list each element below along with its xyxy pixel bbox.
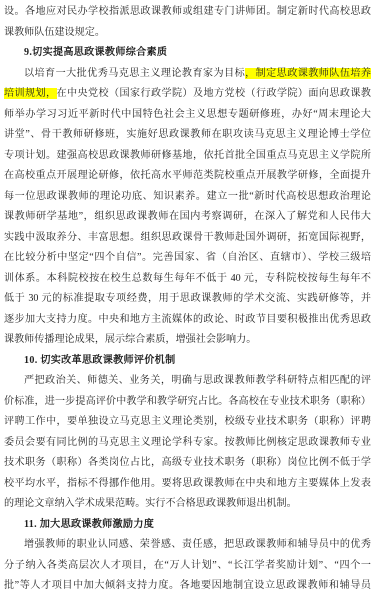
text-run: 讲堂”、骨干教师研修班，实施好思政课教师在职攻读马克思主义理论博士学位 — [4, 129, 371, 140]
text-run: 增强教师的职业认同感、荣誉感、责任感，把思政课教师和辅导员中的优秀 — [24, 539, 371, 550]
text-line: 委员会要有同比例的马克思主义理论学科专家。按教师比例核定思政课教师专业 — [4, 433, 371, 454]
text-run: 评聘工作中，要单独设立马克思主义理论类别，校级专业技术职务（职称）评聘 — [4, 416, 371, 427]
text-run: 在比较分析中坚定“四个自信”。完善国家、省（自治区、直辖市）、学校三级培 — [4, 252, 371, 263]
section-heading: 11. 加大思政课教师激励力度 — [4, 515, 371, 536]
text-run: 在中央党校（国家行政学院）及地方党校（行政学院）面向思政课教 — [57, 88, 372, 99]
text-run: 训体系。本科院校按在校生总数每生每年不低于 40 元，专科院校按每生每年不 — [4, 273, 371, 284]
text-line: 严把政治关、师德关、业务关，明确与思政课教师教学科研特点相匹配的评 — [4, 371, 371, 392]
text-line: 训体系。本科院校按在校生总数每生每年不低于 40 元，专科院校按每生每年不 — [4, 269, 371, 290]
text-line: 课教师传播理论成果，展示综合素质，增强社会影响力。 — [4, 330, 371, 351]
section-heading: 9.切实提高思政课教师综合素质 — [4, 43, 371, 64]
text-line: 课教师队伍建设规定。 — [4, 23, 371, 44]
text-line: 增强教师的职业认同感、荣誉感、责任感，把思政课教师和辅导员中的优秀 — [4, 535, 371, 556]
document-page: 设。各地应对民办学校指派思政课教师或组建专门讲师团。制定新时代高校思政课教师队伍… — [0, 0, 375, 597]
text-run: 校平均水平，指标不得挪作他用。要将思政课教师在中央和地方主要媒体上发表 — [4, 478, 371, 489]
text-line: 的理论文章纳入学术成果范畴。实行不合格思政课教师退出机制。 — [4, 494, 371, 515]
text-line: 设。各地应对民办学校指派思政课教师或组建专门讲师团。制定新时代高校思政 — [4, 2, 371, 23]
section-heading: 10. 切实改革思政课教师评价机制 — [4, 351, 371, 372]
highlighted-text: ，制定思政课教师队伍培养 — [245, 68, 371, 79]
text-line: 校平均水平，指标不得挪作他用。要将思政课教师在中央和地方主要媒体上发表 — [4, 474, 371, 495]
text-run: 以培育一大批优秀马克思主义理论教育家为目标 — [24, 68, 245, 79]
text-run: 9.切实提高思政课教师综合素质 — [24, 47, 167, 58]
text-run: 逐步加大支持力度。中央和地方主流媒体的政论、时政节目要积极推出优秀思政 — [4, 314, 371, 325]
text-line: 低于 30 元的标准提取专项经费，用于思政课教师的学术交流、实践研修等，并 — [4, 289, 371, 310]
text-run: 严把政治关、师德关、业务关，明确与思政课教师教学科研特点相匹配的评 — [24, 375, 371, 386]
text-run: 课教师研学基地”，组织思政课教师在国内考察调研，在深入了解党和人民伟大 — [4, 211, 371, 222]
text-line: 批”等人才项目中加大倾斜支持力度。各地要因地制宜设立思政课教师和辅导员 — [4, 576, 371, 597]
text-run: 委员会要有同比例的马克思主义理论学科专家。按教师比例核定思政课教师专业 — [4, 437, 371, 448]
text-line: 讲堂”、骨干教师研修班，实施好思政课教师在职攻读马克思主义理论博士学位 — [4, 125, 371, 146]
text-run: 低于 30 元的标准提取专项经费，用于思政课教师的学术交流、实践研修等，并 — [4, 293, 371, 304]
text-line: 逐步加大支持力度。中央和地方主流媒体的政论、时政节目要积极推出优秀思政 — [4, 310, 371, 331]
text-run: 专项计划。建强高校思政课教师研修基地，依托首批全国重点马克思主义学院所 — [4, 150, 371, 161]
text-run: 课教师队伍建设规定。 — [4, 27, 105, 38]
text-run: 每一位思政课教师的理论功底、知识素养。建立一批“新时代高校思想政治理论 — [4, 191, 371, 202]
text-run: 10. 切实改革思政课教师评价机制 — [24, 355, 175, 366]
text-run: 技术职务（职称）各类岗位占比，高级专业技术职务（职称）岗位比例不低于学 — [4, 457, 371, 468]
text-run: 的理论文章纳入学术成果范畴。实行不合格思政课教师退出机制。 — [4, 498, 297, 509]
text-run: 师举办学习习近平新时代中国特色社会主义思想专题研修班，办好“周末理论大 — [4, 109, 371, 120]
text-line: 在高校重点开展理论研修，依托高水平师范类院校重点开展教学研修，全面提升 — [4, 166, 371, 187]
text-run: 批”等人才项目中加大倾斜支持力度。各地要因地制宜设立思政课教师和辅导员 — [4, 580, 371, 591]
text-line: 技术职务（职称）各类岗位占比，高级专业技术职务（职称）岗位比例不低于学 — [4, 453, 371, 474]
text-line: 培训规划，在中央党校（国家行政学院）及地方党校（行政学院）面向思政课教 — [4, 84, 371, 105]
text-run: 价标准，进一步提高评价中教学和教学研究占比。各高校在专业技术职务（职称） — [4, 396, 371, 407]
text-line: 评聘工作中，要单独设立马克思主义理论类别，校级专业技术职务（职称）评聘 — [4, 412, 371, 433]
text-line: 实践中汲取养分、丰富思想。组织思政课骨干教师赴国外调研，拓宽国际视野， — [4, 228, 371, 249]
text-line: 在比较分析中坚定“四个自信”。完善国家、省（自治区、直辖市）、学校三级培 — [4, 248, 371, 269]
text-line: 师举办学习习近平新时代中国特色社会主义思想专题研修班，办好“周末理论大 — [4, 105, 371, 126]
text-line: 每一位思政课教师的理论功底、知识素养。建立一批“新时代高校思想政治理论 — [4, 187, 371, 208]
highlighted-text: 培训规划， — [4, 88, 57, 99]
text-run: 11. 加大思政课教师激励力度 — [24, 519, 154, 530]
text-run: 分子纳入各类高层次人才项目，在“万人计划”、“长江学者奖励计划”、“四个一 — [4, 560, 371, 571]
text-run: 在高校重点开展理论研修，依托高水平师范类院校重点开展教学研修，全面提升 — [4, 170, 371, 181]
text-run: 设。各地应对民办学校指派思政课教师或组建专门讲师团。制定新时代高校思政 — [4, 6, 371, 17]
text-line: 分子纳入各类高层次人才项目，在“万人计划”、“长江学者奖励计划”、“四个一 — [4, 556, 371, 577]
text-line: 以培育一大批优秀马克思主义理论教育家为目标，制定思政课教师队伍培养 — [4, 64, 371, 85]
text-line: 课教师研学基地”，组织思政课教师在国内考察调研，在深入了解党和人民伟大 — [4, 207, 371, 228]
text-run: 课教师传播理论成果，展示综合素质，增强社会影响力。 — [4, 334, 256, 345]
text-line: 价标准，进一步提高评价中教学和教学研究占比。各高校在专业技术职务（职称） — [4, 392, 371, 413]
text-line: 专项计划。建强高校思政课教师研修基地，依托首批全国重点马克思主义学院所 — [4, 146, 371, 167]
text-run: 实践中汲取养分、丰富思想。组织思政课骨干教师赴国外调研，拓宽国际视野， — [4, 232, 371, 243]
